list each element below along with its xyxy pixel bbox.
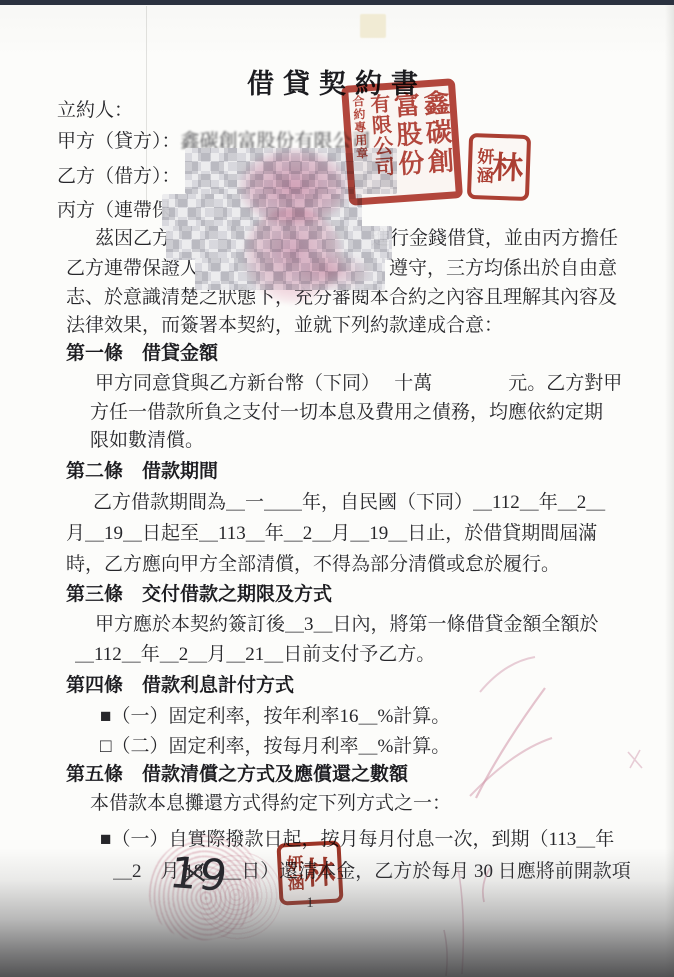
party-c-line: 丙方（連帶保 <box>57 200 171 223</box>
name-seal-bottom: 林 妍涵 <box>276 840 343 905</box>
company-seal-column-2: 富股份 <box>391 91 424 193</box>
page-right-edge-shade <box>665 0 674 977</box>
clause-3-line-2: ＿112＿年＿2＿月＿21＿日前支付予乙方。 <box>75 644 435 667</box>
clause-5-heading: 第五條 借款清償之方式及應償還之數額 <box>66 764 408 787</box>
name-seal-top: 林 妍涵 <box>467 133 531 201</box>
preamble-line-4: 法律效果，而簽署本契約，並就下列約款達成合意： <box>66 315 503 338</box>
clause-2-line-2: 月＿19＿日起至＿113＿年＿2＿月＿19＿日止，於借貸期間屆滿 <box>66 523 597 546</box>
party-b-line: 乙方（借方）： <box>57 166 181 189</box>
redaction-mosaic-preamble-1 <box>166 226 392 260</box>
redaction-mosaic-party-c <box>162 194 362 230</box>
scanned-contract-page: 借貸契約書 立約人： 甲方（貸方）：鑫碳創富股份有限公司 乙方（借方）： 丙方（… <box>0 0 674 977</box>
clause-3-heading: 第三條 交付借款之期限及方式 <box>66 584 332 607</box>
preamble-1-prefix: 茲因乙方 <box>95 228 171 249</box>
clause-1-line-3: 限如數清償。 <box>90 430 204 453</box>
name-seal-given-chars: 妍涵 <box>474 147 492 186</box>
clause-2-line-3: 時，乙方應向甲方全部清償，不得為部分清償或怠於履行。 <box>66 554 560 577</box>
preamble-2-suffix: 遵守，三方均係出於自由意 <box>389 258 617 279</box>
clause-3-line-1: 甲方應於本契約簽訂後＿3＿日內，將第一條借貸金額全額於 <box>95 614 599 637</box>
clause-4-option-2: □（二）固定利率，按每月利率＿%計算。 <box>100 736 450 759</box>
clause-2-line-1: 乙方借款期間為＿一＿＿年，自民國（下同）＿112＿年＿2＿ <box>93 492 605 515</box>
party-a-label: 甲方（貸方）： <box>57 131 181 152</box>
clause-1-line-2: 方任一借款所負之支付一切本息及費用之債務，均應依約定期 <box>90 402 603 425</box>
name-seal-given-chars: 妍涵 <box>284 854 303 893</box>
window-top-bar <box>0 0 674 5</box>
option-line-suffix: ＿＿日）還清本金，乙方於每月 30 日應將前開款項 <box>203 861 631 882</box>
clause-1-line-1: 甲方同意貸與乙方新台幣（下同） 十萬 元。乙方對甲 <box>95 373 622 396</box>
clause-4-heading: 第四條 借款利息計付方式 <box>66 675 294 698</box>
preamble-1-suffix: 進行金錢借貸，並由丙方擔任 <box>371 228 618 249</box>
name-seal-family-char: 林 <box>303 856 336 889</box>
company-seal-column-1: 鑫碳創 <box>420 89 453 191</box>
handwritten-day-correction: 19 <box>167 848 233 902</box>
clause-5-line-1: 本借款本息攤還方式得約定下列方式之一： <box>90 793 451 816</box>
document-title: 借貸契約書 <box>0 62 674 101</box>
company-contract-seal: 鑫碳創 富股份 有限公司 合約專用章 <box>341 78 463 206</box>
tape-mark <box>360 14 386 38</box>
preamble-2-prefix: 乙方連帶保證人 <box>66 258 199 279</box>
clause-2-heading: 第二條 借款期間 <box>66 461 218 484</box>
preamble-line-3: 志、於意識清楚之狀態下，充分審閱本合約之內容且理解其內容及 <box>66 287 617 310</box>
clause-1-heading: 第一條 借貸金額 <box>66 343 218 366</box>
clause-4-option-1: ■（一）固定利率，按年利率16＿%計算。 <box>100 706 450 729</box>
name-seal-family-char: 林 <box>491 151 523 183</box>
redaction-mosaic-preamble-2 <box>195 258 385 290</box>
party-intro: 立約人： <box>57 100 133 123</box>
